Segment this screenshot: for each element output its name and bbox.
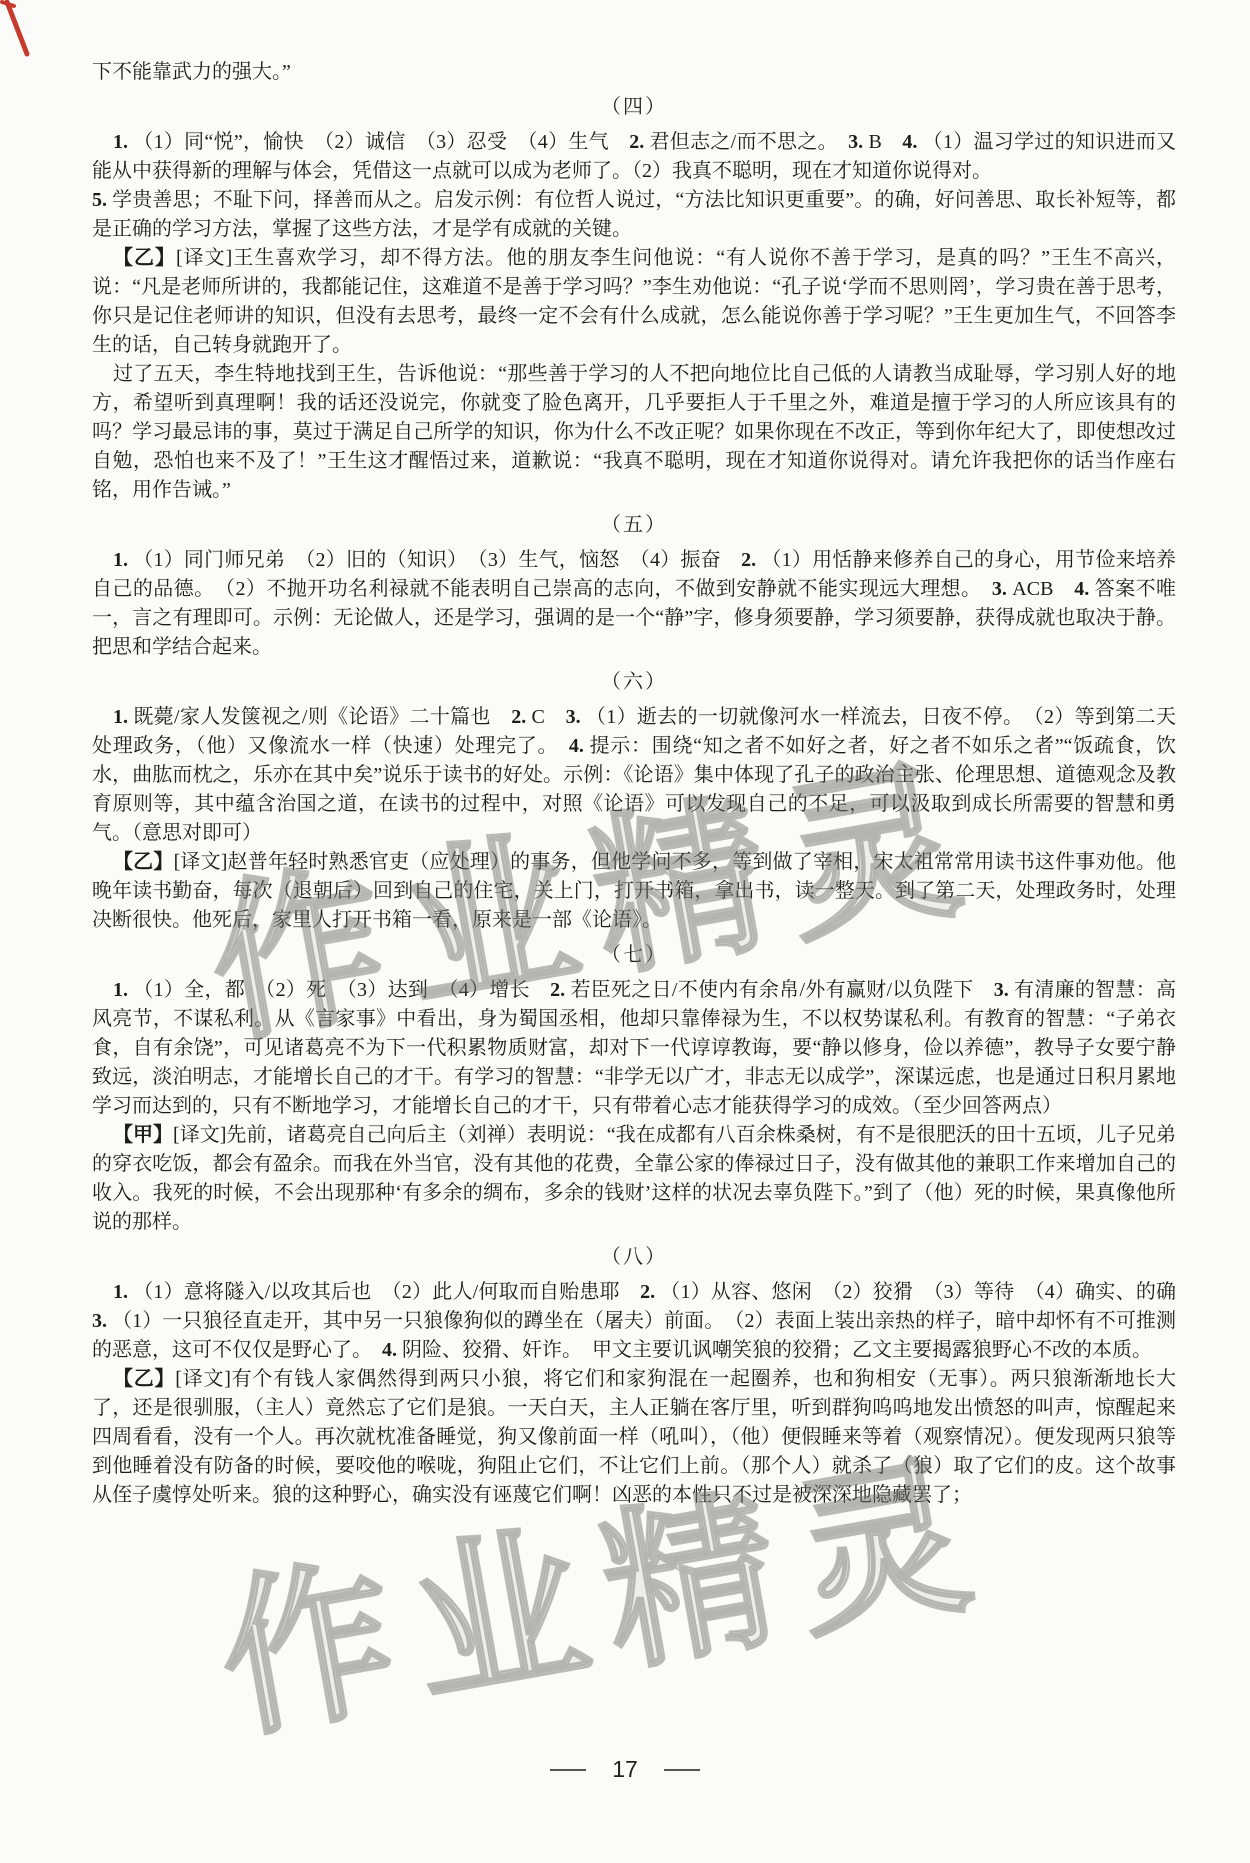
paragraph: 1. （1）全，都 （2）死 （3）达到 （4）增长 2. 若臣死之日/不使内有… [92,976,1176,1121]
section-header: （四） [92,93,1176,122]
paragraph: 【甲】[译文]先前，诸葛亮自己向后主（刘禅）表明说：“我在成都有八百余株桑树，有… [92,1121,1176,1237]
paragraph: 过了五天，李生特地找到王生，告诉他说：“那些善于学习的人不把向地位比自己低的人请… [92,360,1176,505]
page-number: 17 [612,1758,638,1781]
paragraph: 【乙】[译文]王生喜欢学习，却不得方法。他的朋友李生问他说：“有人说你不善于学习… [92,244,1176,360]
red-scan-mark-icon [0,0,60,80]
paragraph: 1. （1）意将隧入/以攻其后也 （2）此人/何取而自贻患耶 2. （1）从容、… [92,1278,1176,1365]
document-body: 下不能靠武力的强大。”（四）1. （1）同“悦”，愉快 （2）诚信 （3）忍受 … [92,58,1176,1510]
section-header: （八） [92,1243,1176,1272]
section-header: （六） [92,668,1176,697]
paragraph: 【乙】[译文]赵普年轻时熟悉官吏（应处理）的事务，但他学问不多，等到做了宰相，宋… [92,848,1176,935]
paragraph: 5. 学贵善思；不耻下问，择善而从之。启发示例：有位哲人说过，“方法比知识更重要… [92,186,1176,244]
paragraph: 1. （1）同门师兄弟 （2）旧的（知识） （3）生气，恼怒 （4）振奋 2. … [92,546,1176,662]
footer-dash-right [664,1769,700,1771]
page-footer: 17 [0,1758,1250,1781]
workbook-answer-page: 作业精灵 作业精灵 下不能靠武力的强大。”（四）1. （1）同“悦”，愉快 （2… [0,0,1250,1863]
section-header: （五） [92,511,1176,540]
section-header: （七） [92,941,1176,970]
footer-dash-left [550,1769,586,1771]
paragraph: 1. 既薨/家人发箧视之/则《论语》二十篇也 2. C 3. （1）逝去的一切就… [92,703,1176,848]
paragraph: 下不能靠武力的强大。” [92,58,1176,87]
paragraph: 【乙】[译文]有个有钱人家偶然得到两只小狼，将它们和家狗混在一起圈养，也和狗相安… [92,1365,1176,1510]
paragraph: 1. （1）同“悦”，愉快 （2）诚信 （3）忍受 （4）生气 2. 君但志之/… [92,128,1176,186]
